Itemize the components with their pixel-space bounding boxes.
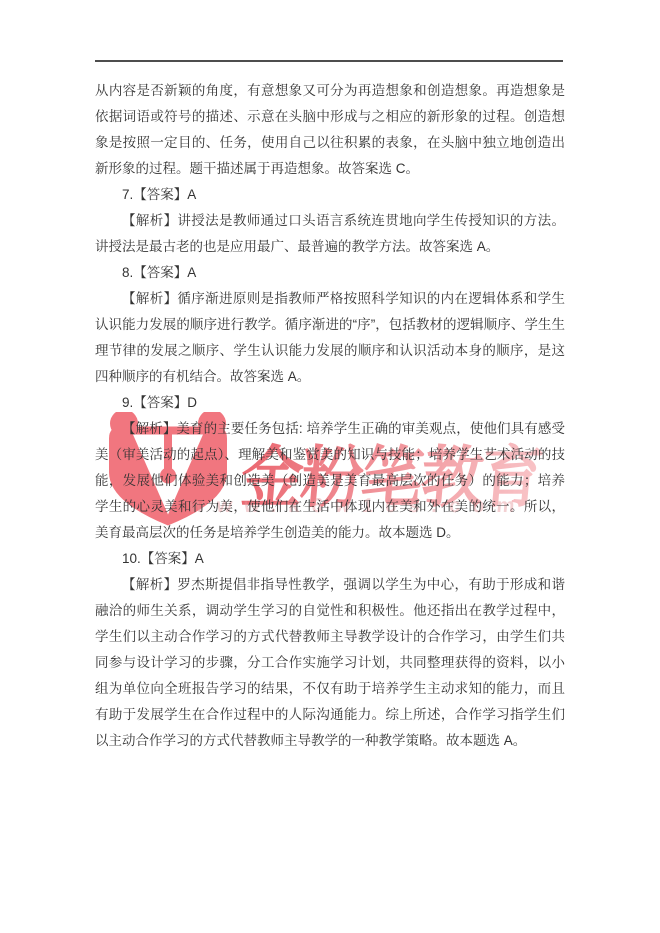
paragraph-answer-10: 10.【答案】A <box>95 546 565 572</box>
paragraph-analysis-10: 【解析】罗杰斯提倡非指导性教学，强调以学生为中心，有助于形成和谐融洽的师生关系，… <box>95 572 565 754</box>
paragraph-answer-7: 7.【答案】A <box>95 182 565 208</box>
document-body: 从内容是否新颖的角度，有意想象又可分为再造想象和创造想象。再造想象是依据词语或符… <box>95 78 565 754</box>
paragraph-analysis-7: 【解析】讲授法是教师通过口头语言系统连贯地向学生传授知识的方法。讲授法是最古老的… <box>95 208 565 260</box>
paragraph-answer-9: 9.【答案】D <box>95 390 565 416</box>
paragraph-analysis-9: 【解析】美育的主要任务包括: 培养学生正确的审美观点，使他们具有感受美（审美活动… <box>95 416 565 546</box>
paragraph-continuation: 从内容是否新颖的角度，有意想象又可分为再造想象和创造想象。再造想象是依据词语或符… <box>95 78 565 182</box>
document-page: 金粉笔教育 www.k6w16s.com 从内容是否新颖的角度，有意想象又可分为… <box>0 0 660 933</box>
top-divider <box>95 60 563 62</box>
paragraph-answer-8: 8.【答案】A <box>95 260 565 286</box>
paragraph-analysis-8: 【解析】循序渐进原则是指教师严格按照科学知识的内在逻辑体系和学生认识能力发展的顺… <box>95 286 565 390</box>
